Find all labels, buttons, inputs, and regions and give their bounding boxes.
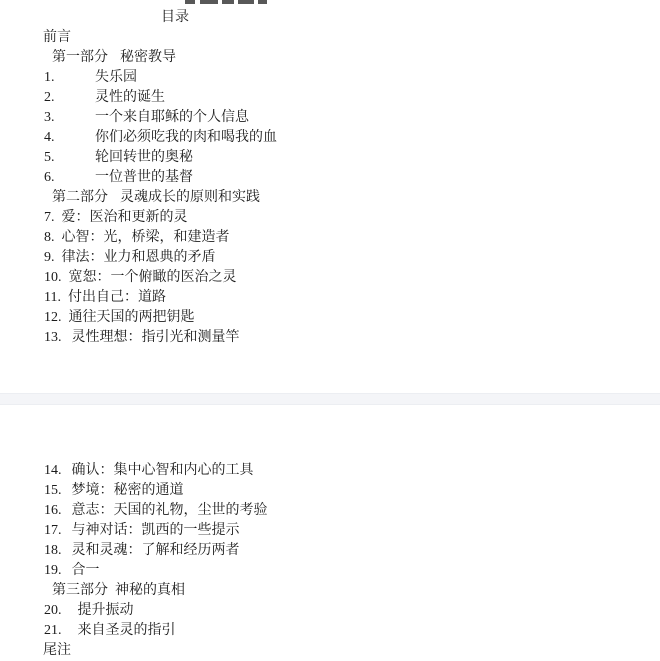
toc-entry: 1. 失乐园 (44, 68, 137, 88)
chapter-title: 合一 (72, 561, 100, 581)
chapter-number: 8. (44, 228, 55, 248)
chapter-number: 19. (44, 561, 62, 581)
toc-entry: 12. 通往天国的两把钥匙 (44, 308, 195, 328)
section-label: 第一部分 (52, 50, 108, 65)
chapter-number: 7. (44, 208, 55, 228)
chapter-title: 轮回转世的奥秘 (95, 148, 193, 168)
chapter-title: 一位普世的基督 (95, 168, 193, 188)
toc-entry: 5. 轮回转世的奥秘 (44, 148, 193, 168)
chapter-title: 付出自己：道路 (68, 288, 166, 308)
toc-entry: 17. 与神对话：凯西的一些提示 (44, 521, 240, 541)
chapter-number: 20. (44, 601, 62, 621)
section-title: 灵魂成长的原则和实践 (120, 190, 260, 205)
chapter-number: 11. (44, 288, 61, 308)
chapter-title: 来自圣灵的指引 (78, 621, 176, 641)
section-title: 秘密教导 (120, 50, 176, 65)
chapter-number: 21. (44, 621, 62, 641)
chapter-title: 一个来自耶稣的个人信息 (95, 108, 249, 128)
section-label: 第三部分 (52, 583, 108, 598)
toc-entry: 16. 意志：天国的礼物，尘世的考验 (44, 501, 268, 521)
section-title: 神秘的真相 (115, 583, 185, 598)
chapter-number: 2. (44, 88, 95, 108)
toc-entry: 14. 确认：集中心智和内心的工具 (44, 461, 254, 481)
toc-entry: 6. 一位普世的基督 (44, 168, 193, 188)
chapter-number: 5. (44, 148, 95, 168)
toc-entry: 8. 心智：光，桥梁，和建造者 (44, 228, 230, 248)
chapter-title: 你们必须吃我的肉和喝我的血 (95, 128, 277, 148)
toc-entry: 7. 爱：医治和更新的灵 (44, 208, 188, 228)
chapter-title: 爱：医治和更新的灵 (62, 208, 188, 228)
chapter-number: 18. (44, 541, 62, 561)
chapter-title: 心智：光，桥梁，和建造者 (62, 228, 230, 248)
page-break-separator (0, 393, 660, 405)
clipped-title-remnant (185, 0, 267, 4)
toc-entry: 2. 灵性的诞生 (44, 88, 165, 108)
chapter-title: 与神对话：凯西的一些提示 (72, 521, 240, 541)
chapter-number: 10. (44, 268, 62, 288)
chapter-number: 12. (44, 308, 62, 328)
chapter-number: 14. (44, 461, 62, 481)
chapter-title: 通往天国的两把钥匙 (69, 308, 195, 328)
preface-entry: 前言 (43, 28, 71, 48)
chapter-number: 1. (44, 68, 95, 88)
chapter-title: 提升振动 (78, 601, 134, 621)
chapter-title: 灵性理想：指引光和测量竿 (72, 328, 240, 348)
chapter-title: 律法：业力和恩典的矛盾 (62, 248, 216, 268)
chapter-number: 6. (44, 168, 95, 188)
toc-entry: 11. 付出自己：道路 (44, 288, 166, 308)
section-label: 第二部分 (52, 190, 108, 205)
chapter-number: 17. (44, 521, 62, 541)
toc-heading: 目录 (40, 8, 310, 28)
chapter-title: 失乐园 (95, 68, 137, 88)
chapter-number: 13. (44, 328, 62, 348)
chapter-title: 宽恕：一个俯瞰的医治之灵 (69, 268, 237, 288)
chapter-number: 9. (44, 248, 55, 268)
chapter-title: 灵性的诞生 (95, 88, 165, 108)
chapter-number: 3. (44, 108, 95, 128)
chapter-title: 灵和灵魂：了解和经历两者 (72, 541, 240, 561)
toc-entry: 9. 律法：业力和恩典的矛盾 (44, 248, 216, 268)
toc-entry: 21. 来自圣灵的指引 (44, 621, 176, 641)
toc-entry: 19. 合一 (44, 561, 100, 581)
toc-entry: 10. 宽恕：一个俯瞰的医治之灵 (44, 268, 237, 288)
chapter-number: 4. (44, 128, 95, 148)
toc-entry: 3. 一个来自耶稣的个人信息 (44, 108, 249, 128)
chapter-title: 意志：天国的礼物，尘世的考验 (72, 501, 268, 521)
chapter-title: 梦境：秘密的通道 (72, 481, 184, 501)
chapter-title: 确认：集中心智和内心的工具 (72, 461, 254, 481)
document-page: 目录 前言 第一部分秘密教导 1. 失乐园 2. 灵性的诞生 3. 一个来自耶稣… (0, 0, 660, 661)
section-heading-3: 第三部分神秘的真相 (52, 581, 185, 601)
chapter-number: 16. (44, 501, 62, 521)
toc-entry: 13. 灵性理想：指引光和测量竿 (44, 328, 240, 348)
section-heading-2: 第二部分灵魂成长的原则和实践 (52, 188, 260, 208)
toc-entry: 20. 提升振动 (44, 601, 134, 621)
toc-entry: 18. 灵和灵魂：了解和经历两者 (44, 541, 240, 561)
chapter-number: 15. (44, 481, 62, 501)
toc-entry: 15. 梦境：秘密的通道 (44, 481, 184, 501)
toc-entry: 4. 你们必须吃我的肉和喝我的血 (44, 128, 277, 148)
endnote-entry: 尾注 (43, 641, 71, 661)
section-heading-1: 第一部分秘密教导 (52, 48, 176, 68)
